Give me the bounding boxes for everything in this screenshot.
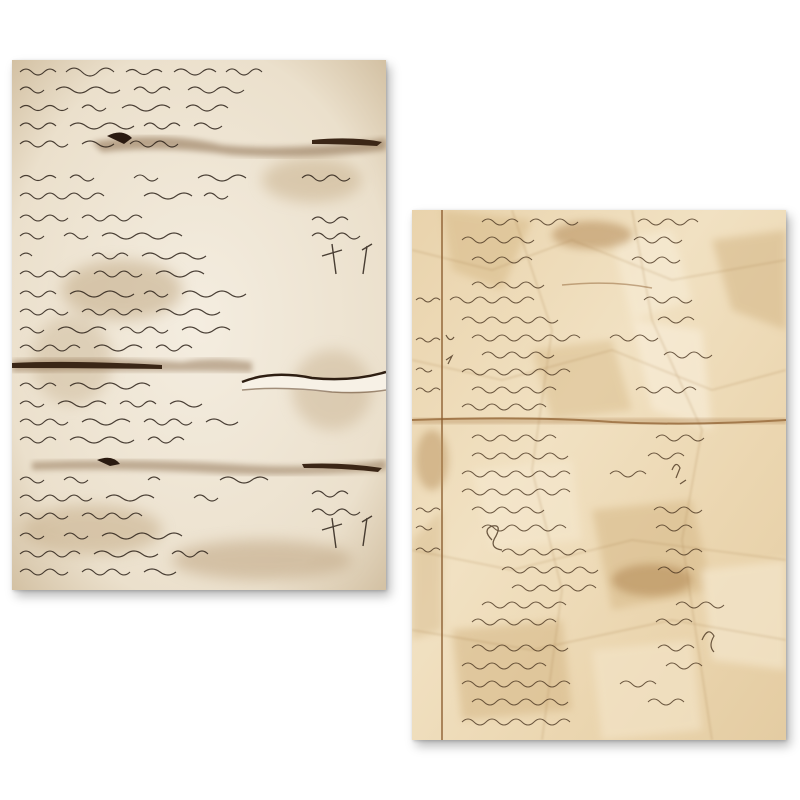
right-letter-sheet [412,210,786,740]
crumpled-parchment-texture [412,210,786,740]
burned-parchment-texture [12,60,386,590]
left-letter-sheet [12,60,386,590]
